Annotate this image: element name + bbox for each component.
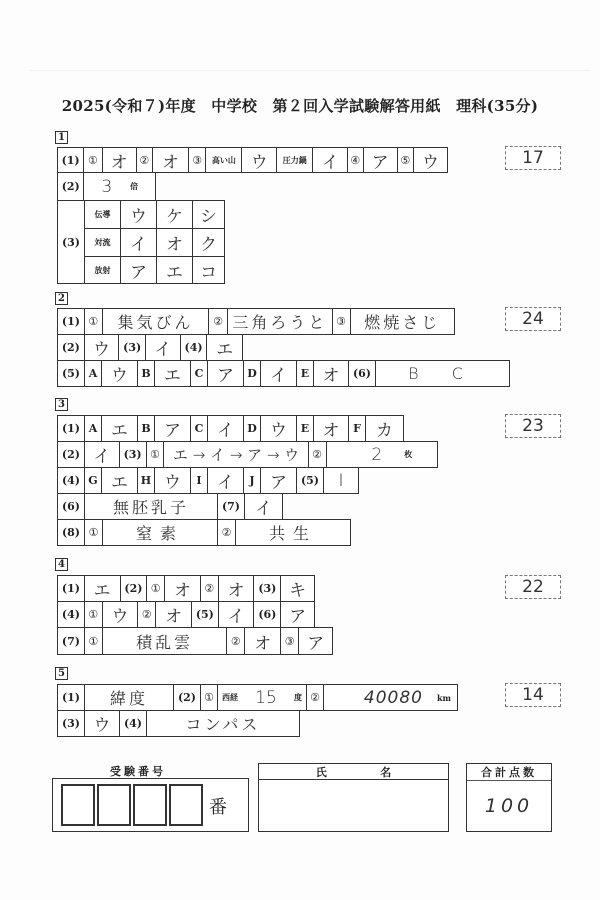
s2-q5-q6-row: (5) A ウ B エ C ア D イ E オ (6) B C — [57, 360, 510, 387]
row-label: 対流 — [85, 229, 121, 256]
answer-field[interactable]: シ — [193, 201, 224, 228]
answer-field[interactable]: ウ — [85, 335, 120, 360]
mark: A — [85, 416, 102, 441]
mark: ① — [84, 148, 102, 172]
mark: ② — [227, 628, 245, 654]
answer-field[interactable]: ウ — [261, 416, 297, 441]
answer-field[interactable]: ウ — [103, 602, 139, 627]
s1-q1-row: (1) ① オ ② オ ③ 高い山 ウ 圧力鍋 イ ④ ア ⑤ ウ — [57, 147, 448, 173]
sub-label: 高い山 — [206, 148, 242, 172]
q-label: (5) — [58, 361, 85, 386]
answer-field[interactable]: イ — [121, 229, 157, 256]
mark: D — [244, 361, 261, 386]
answer-field[interactable]: エ — [102, 468, 138, 493]
q-label: (3) — [120, 442, 147, 467]
answer-field[interactable]: イ — [261, 361, 297, 386]
q-label: (7) — [58, 628, 85, 654]
q-label: (2) — [58, 442, 85, 467]
mark: ① — [147, 576, 165, 601]
s3-q4-q5-row: (4) G エ H ウ I イ J ア (5) I — [57, 467, 359, 494]
answer-value: 40080 — [364, 688, 423, 708]
total-score-box: 合計点数 100 — [466, 763, 552, 832]
q-label: (6) — [254, 602, 281, 627]
answer-field[interactable]: イ — [85, 442, 120, 467]
q-label: (1) — [58, 685, 85, 710]
mark: ② — [307, 685, 324, 710]
answer-field[interactable]: イ — [146, 335, 181, 360]
answer-field[interactable]: 40080 km — [324, 685, 457, 710]
section-5-score: 14 — [505, 683, 561, 707]
answer-field[interactable]: イ — [219, 602, 255, 627]
s4-q4-q6-row: (4) ① ウ ② オ (5) イ (6) ア — [57, 601, 315, 628]
answer-field[interactable]: ア — [121, 257, 157, 283]
q3-row-radiation: 放射 ア エ コ — [85, 257, 224, 283]
q-label: (6) — [58, 494, 85, 519]
answer-field[interactable]: 窒素 — [103, 520, 218, 545]
answer-field[interactable]: オ — [153, 148, 189, 172]
q-label: (2) — [174, 685, 201, 710]
mark: ② — [218, 520, 236, 545]
answer-field[interactable]: エ — [207, 335, 242, 360]
section-4-score: 22 — [505, 575, 561, 599]
section-1-number: 1 — [55, 131, 68, 144]
answer-field[interactable]: エ → イ → ア → ウ — [164, 442, 308, 467]
section-2-score: 24 — [505, 307, 561, 331]
answer-field[interactable]: オ — [157, 229, 193, 256]
q-label: (6) — [349, 361, 376, 386]
answer-field[interactable]: オ — [219, 576, 255, 601]
answer-field[interactable]: ア — [155, 416, 191, 441]
mark: C — [191, 416, 208, 441]
row-label: 放射 — [85, 257, 121, 283]
mark: B — [138, 416, 155, 441]
answer-field[interactable]: 緯度 — [85, 685, 174, 710]
mark: C — [191, 361, 208, 386]
answer-field[interactable]: 3 倍 — [84, 173, 155, 200]
mark: ① — [85, 520, 103, 545]
answer-field[interactable]: イ — [313, 148, 348, 172]
answer-field[interactable]: 2 枚 — [327, 442, 437, 467]
answer-field[interactable]: カ — [366, 416, 403, 441]
answer-field[interactable]: ア — [208, 361, 244, 386]
answer-field[interactable]: ア — [299, 628, 332, 654]
mark: ② — [138, 602, 156, 627]
mark: I — [191, 468, 208, 493]
q-label: (4) — [181, 335, 208, 360]
s4-q7-row: (7) ① 積乱雲 ② オ ③ ア — [57, 627, 333, 655]
mark: ⑤ — [398, 148, 415, 172]
exam-number-digit-4[interactable] — [169, 784, 203, 826]
answer-field[interactable]: エ — [157, 257, 193, 283]
q-label: (1) — [58, 148, 84, 172]
q-label: (4) — [120, 711, 147, 736]
q-label: (5) — [192, 602, 219, 627]
section-4-number: 4 — [55, 558, 68, 571]
s1-q3-grid: (3) 伝導 ウ ケ シ 対流 イ オ ク 放射 ア エ コ — [57, 200, 225, 284]
exam-number-label: 受験番号 — [110, 763, 166, 779]
mark: ④ — [348, 148, 364, 172]
section-5-number: 5 — [55, 667, 68, 680]
prefix-label: 西経 — [222, 692, 238, 703]
q-label: (3) — [119, 335, 146, 360]
unit-label: km — [437, 693, 451, 703]
exam-number-digit-2[interactable] — [97, 784, 131, 826]
s3-q6-q7-row: (6) 無胚乳子 (7) イ — [57, 493, 283, 520]
mark: ① — [85, 309, 103, 334]
name-field[interactable] — [259, 781, 448, 831]
q-label: (4) — [58, 602, 85, 627]
q-label: (1) — [58, 416, 85, 441]
mark: ② — [137, 148, 154, 172]
name-label-2: 名 — [380, 764, 391, 780]
answer-field[interactable]: ケ — [157, 201, 193, 228]
mark: G — [85, 468, 102, 493]
q-label: (3) — [58, 201, 85, 283]
unit-label: 枚 — [404, 449, 412, 460]
section-3-number: 3 — [55, 398, 68, 411]
mark: ② — [209, 309, 228, 334]
name-header: 氏 名 — [259, 764, 448, 780]
answer-field[interactable]: コ — [193, 257, 224, 283]
answer-field[interactable]: オ — [103, 148, 137, 172]
answer-field[interactable]: イ — [208, 468, 244, 493]
mark: F — [349, 416, 366, 441]
answer-field[interactable]: ア — [364, 148, 398, 172]
answer-field[interactable]: キ — [281, 576, 314, 601]
q3-row-conduction: 伝導 ウ ケ シ — [85, 201, 224, 229]
answer-field[interactable]: 燃焼さじ — [351, 309, 454, 334]
total-score-value: 100 — [467, 786, 551, 826]
mark: ① — [85, 628, 103, 654]
answer-field[interactable]: 西経 15 度 — [218, 685, 307, 710]
q-label: (2) — [58, 335, 85, 360]
mark: J — [244, 468, 261, 493]
answer-field[interactable]: ウ — [155, 468, 191, 493]
mark: ③ — [281, 628, 299, 654]
answer-field[interactable]: ウ — [102, 361, 138, 386]
q-label: (3) — [58, 711, 85, 736]
answer-field[interactable]: ク — [193, 229, 224, 256]
answer-field[interactable]: 積乱雲 — [103, 628, 228, 654]
answer-field[interactable]: イ — [208, 416, 244, 441]
mark: ③ — [189, 148, 206, 172]
answer-field[interactable]: ウ — [121, 201, 157, 228]
exam-number-suffix: 番 — [209, 793, 227, 819]
mark: H — [138, 468, 155, 493]
answer-field[interactable]: I — [324, 468, 358, 493]
row-label: 伝導 — [85, 201, 121, 228]
answer-field[interactable]: オ — [245, 628, 281, 654]
s3-q1-row: (1) A エ B ア C イ D ウ E オ F カ — [57, 415, 404, 442]
unit-label: 倍 — [130, 181, 138, 192]
page-title: 2025(令和７)年度 中学校 第２回入学試験解答用紙 理科(35分) — [0, 95, 600, 116]
q-label: (2) — [121, 576, 148, 601]
section-2-number: 2 — [55, 292, 68, 305]
mark: ② — [201, 576, 219, 601]
q-label: (3) — [254, 576, 281, 601]
mark: E — [297, 361, 314, 386]
q-label: (1) — [58, 576, 85, 601]
s5-q1-q2-row: (1) 緯度 (2) ① 西経 15 度 ② 40080 km — [57, 684, 458, 711]
name-label-1: 氏 — [316, 764, 327, 780]
answer-value: 2 — [371, 445, 382, 465]
s3-q2-q3-row: (2) イ (3) ① エ → イ → ア → ウ ② 2 枚 — [57, 441, 438, 468]
mark: B — [138, 361, 155, 386]
unit-label: 度 — [294, 692, 302, 703]
q-label: (2) — [58, 173, 84, 200]
s4-q1-q3-row: (1) エ (2) ① オ ② オ (3) キ — [57, 575, 315, 602]
bleed-through — [30, 70, 590, 80]
answer-field[interactable]: ウ — [414, 148, 447, 172]
answer-field[interactable]: エ — [155, 361, 191, 386]
answer-field[interactable]: コンパス — [147, 711, 299, 736]
answer-field[interactable]: イ — [245, 494, 282, 519]
sub-label: 圧力鍋 — [277, 148, 313, 172]
s2-q1-row: (1) ① 集気びん ② 三角ろうと ③ 燃焼さじ — [57, 308, 455, 335]
s3-q8-row: (8) ① 窒素 ② 共生 — [57, 519, 351, 546]
s5-q3-q4-row: (3) ウ (4) コンパス — [57, 710, 300, 737]
answer-field[interactable]: 集気びん — [103, 309, 209, 334]
answer-field[interactable]: ウ — [85, 711, 120, 736]
mark: E — [297, 416, 314, 441]
mark: ③ — [333, 309, 351, 334]
q-label: (5) — [297, 468, 324, 493]
answer-field[interactable]: ウ — [242, 148, 277, 172]
exam-number-digit-3[interactable] — [133, 784, 167, 826]
answer-field[interactable]: 三角ろうと — [228, 309, 332, 334]
answer-field[interactable]: オ — [165, 576, 201, 601]
q-label: (4) — [58, 468, 85, 493]
mark: ① — [85, 602, 103, 627]
s1-q2-row: (2) 3 倍 — [57, 172, 156, 201]
q-label: (8) — [58, 520, 85, 545]
answer-field[interactable]: B C — [376, 361, 509, 386]
answer-value: 15 — [255, 688, 277, 708]
mark: ① — [201, 685, 218, 710]
q3-row-convection: 対流 イ オ ク — [85, 229, 224, 257]
section-3-score: 23 — [505, 414, 561, 438]
mark: ② — [309, 442, 327, 467]
answer-field[interactable]: オ — [314, 361, 349, 386]
section-1-score: 17 — [505, 146, 561, 170]
answer-field[interactable]: オ — [156, 602, 192, 627]
answer-field[interactable]: ア — [261, 468, 297, 493]
answer-value: 3 — [101, 177, 112, 197]
q-label: (7) — [218, 494, 245, 519]
mark: ① — [147, 442, 165, 467]
q-label: (1) — [58, 309, 85, 334]
answer-field[interactable]: オ — [314, 416, 349, 441]
total-score-label: 合計点数 — [467, 764, 551, 781]
mark: D — [244, 416, 261, 441]
exam-number-box: 番 — [52, 778, 249, 832]
answer-field[interactable]: 共生 — [236, 520, 350, 545]
answer-field[interactable]: エ — [102, 416, 138, 441]
name-box: 氏 名 — [258, 763, 449, 832]
exam-number-digit-1[interactable] — [61, 784, 95, 826]
mark: A — [85, 361, 102, 386]
answer-field[interactable]: エ — [85, 576, 121, 601]
answer-field[interactable]: ア — [281, 602, 314, 627]
s2-q2-q4-row: (2) ウ (3) イ (4) エ — [57, 334, 243, 361]
answer-field[interactable]: 無胚乳子 — [85, 494, 218, 519]
